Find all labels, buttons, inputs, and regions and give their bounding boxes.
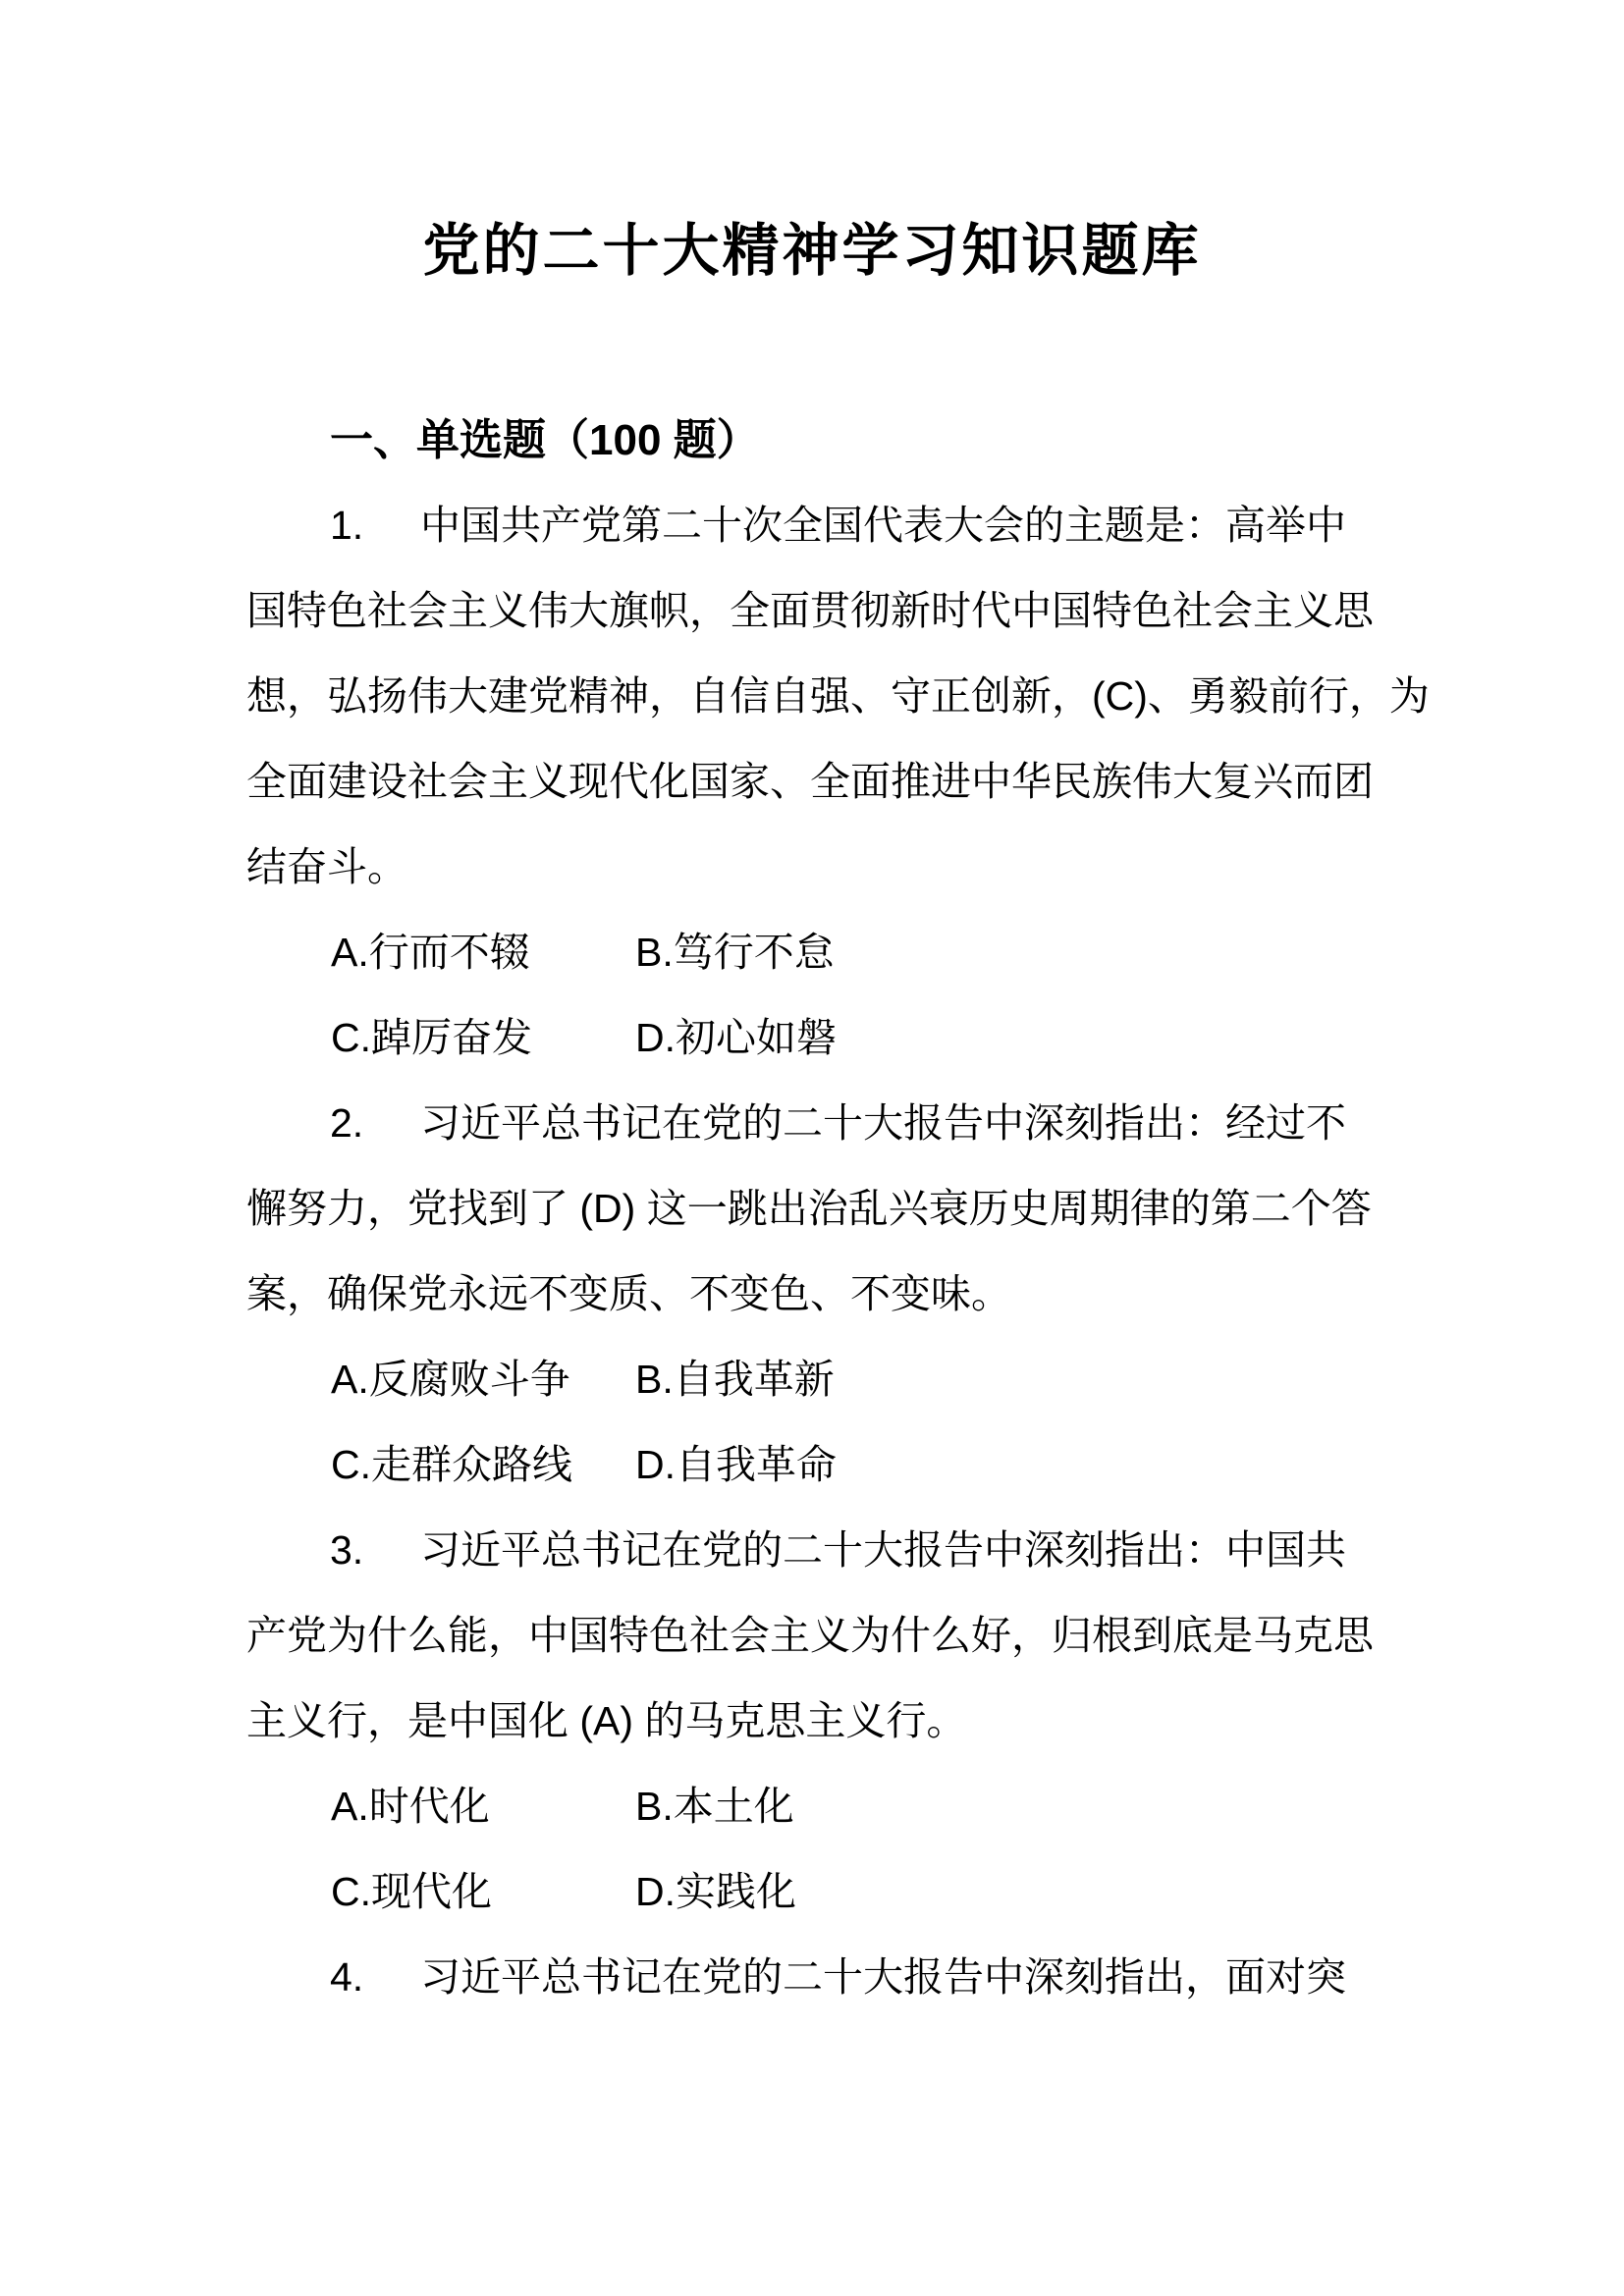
question-3-line-3: 主义行，是中国化 (A) 的马克思主义行。 — [246, 1679, 1378, 1764]
question-3-options-row-2: C.现代化D.实践化 — [246, 1849, 1378, 1935]
question-2-line-2: 懈努力，党找到了 (D) 这一跳出治乱兴衰历史周期律的第二个答 — [246, 1166, 1378, 1252]
question-3-line-1: 3.习近平总书记在党的二十大报告中深刻指出：中国共 — [246, 1508, 1378, 1593]
question-4-number: 4. — [330, 1935, 420, 2020]
question-1-line-5: 结奋斗。 — [246, 825, 1378, 910]
question-2-options-row-2: C.走群众路线D.自我革命 — [246, 1422, 1378, 1508]
question-2-line-3: 案，确保党永远不变质、不变色、不变味。 — [246, 1252, 1378, 1337]
question-1-line-4: 全面建设社会主义现代化国家、全面推进中华民族伟大复兴而团 — [246, 739, 1378, 825]
question-1-text: 中国共产党第二十次全国代表大会的主题是：高举中 — [420, 483, 1378, 568]
question-2-option-c: C.走群众路线 — [331, 1422, 635, 1508]
document-body: 一、单选题（100 题） 1.中国共产党第二十次全国代表大会的主题是：高举中 国… — [246, 398, 1378, 2020]
question-3-option-d: D.实践化 — [635, 1849, 796, 1935]
question-1-option-a: A.行而不辍 — [331, 910, 635, 995]
question-1-options-row-1: A.行而不辍B.笃行不怠 — [246, 910, 1378, 995]
question-1-option-d: D.初心如磐 — [635, 995, 837, 1081]
section-heading: 一、单选题（100 题） — [246, 398, 1378, 483]
question-3: 3.习近平总书记在党的二十大报告中深刻指出：中国共 产党为什么能，中国特色社会主… — [246, 1508, 1378, 1935]
document-title: 党的二十大精神学习知识题库 — [0, 222, 1624, 281]
question-2-number: 2. — [330, 1081, 420, 1166]
question-3-option-b: B.本土化 — [635, 1764, 794, 1849]
question-1-option-c: C.踔厉奋发 — [331, 995, 635, 1081]
question-2-text: 习近平总书记在党的二十大报告中深刻指出：经过不 — [420, 1081, 1378, 1166]
question-2: 2.习近平总书记在党的二十大报告中深刻指出：经过不 懈努力，党找到了 (D) 这… — [246, 1081, 1378, 1508]
question-3-number: 3. — [330, 1508, 420, 1593]
question-4: 4.习近平总书记在党的二十大报告中深刻指出，面对突 — [246, 1935, 1378, 2020]
question-1-option-b: B.笃行不怠 — [635, 910, 835, 995]
document-page: 党的二十大精神学习知识题库 一、单选题（100 题） 1.中国共产党第二十次全国… — [0, 0, 1624, 2296]
question-1-options-row-2: C.踔厉奋发D.初心如磐 — [246, 995, 1378, 1081]
question-1-line-2: 国特色社会主义伟大旗帜，全面贯彻新时代中国特色社会主义思 — [246, 568, 1378, 654]
question-1-line-3: 想，弘扬伟大建党精神，自信自强、守正创新，(C)、勇毅前行，为 — [246, 654, 1378, 739]
question-1: 1.中国共产党第二十次全国代表大会的主题是：高举中 国特色社会主义伟大旗帜，全面… — [246, 483, 1378, 1081]
question-3-option-a: A.时代化 — [331, 1764, 635, 1849]
question-2-option-b: B.自我革新 — [635, 1337, 835, 1422]
question-3-options-row-1: A.时代化B.本土化 — [246, 1764, 1378, 1849]
question-3-option-c: C.现代化 — [331, 1849, 635, 1935]
question-4-text: 习近平总书记在党的二十大报告中深刻指出，面对突 — [420, 1935, 1378, 2020]
question-2-line-1: 2.习近平总书记在党的二十大报告中深刻指出：经过不 — [246, 1081, 1378, 1166]
question-2-option-d: D.自我革命 — [635, 1422, 837, 1508]
question-2-option-a: A.反腐败斗争 — [331, 1337, 635, 1422]
question-2-options-row-1: A.反腐败斗争B.自我革新 — [246, 1337, 1378, 1422]
question-4-line-1: 4.习近平总书记在党的二十大报告中深刻指出，面对突 — [246, 1935, 1378, 2020]
question-1-number: 1. — [330, 483, 420, 568]
question-1-line-1: 1.中国共产党第二十次全国代表大会的主题是：高举中 — [246, 483, 1378, 568]
question-3-line-2: 产党为什么能，中国特色社会主义为什么好，归根到底是马克思 — [246, 1593, 1378, 1679]
question-3-text: 习近平总书记在党的二十大报告中深刻指出：中国共 — [420, 1508, 1378, 1593]
